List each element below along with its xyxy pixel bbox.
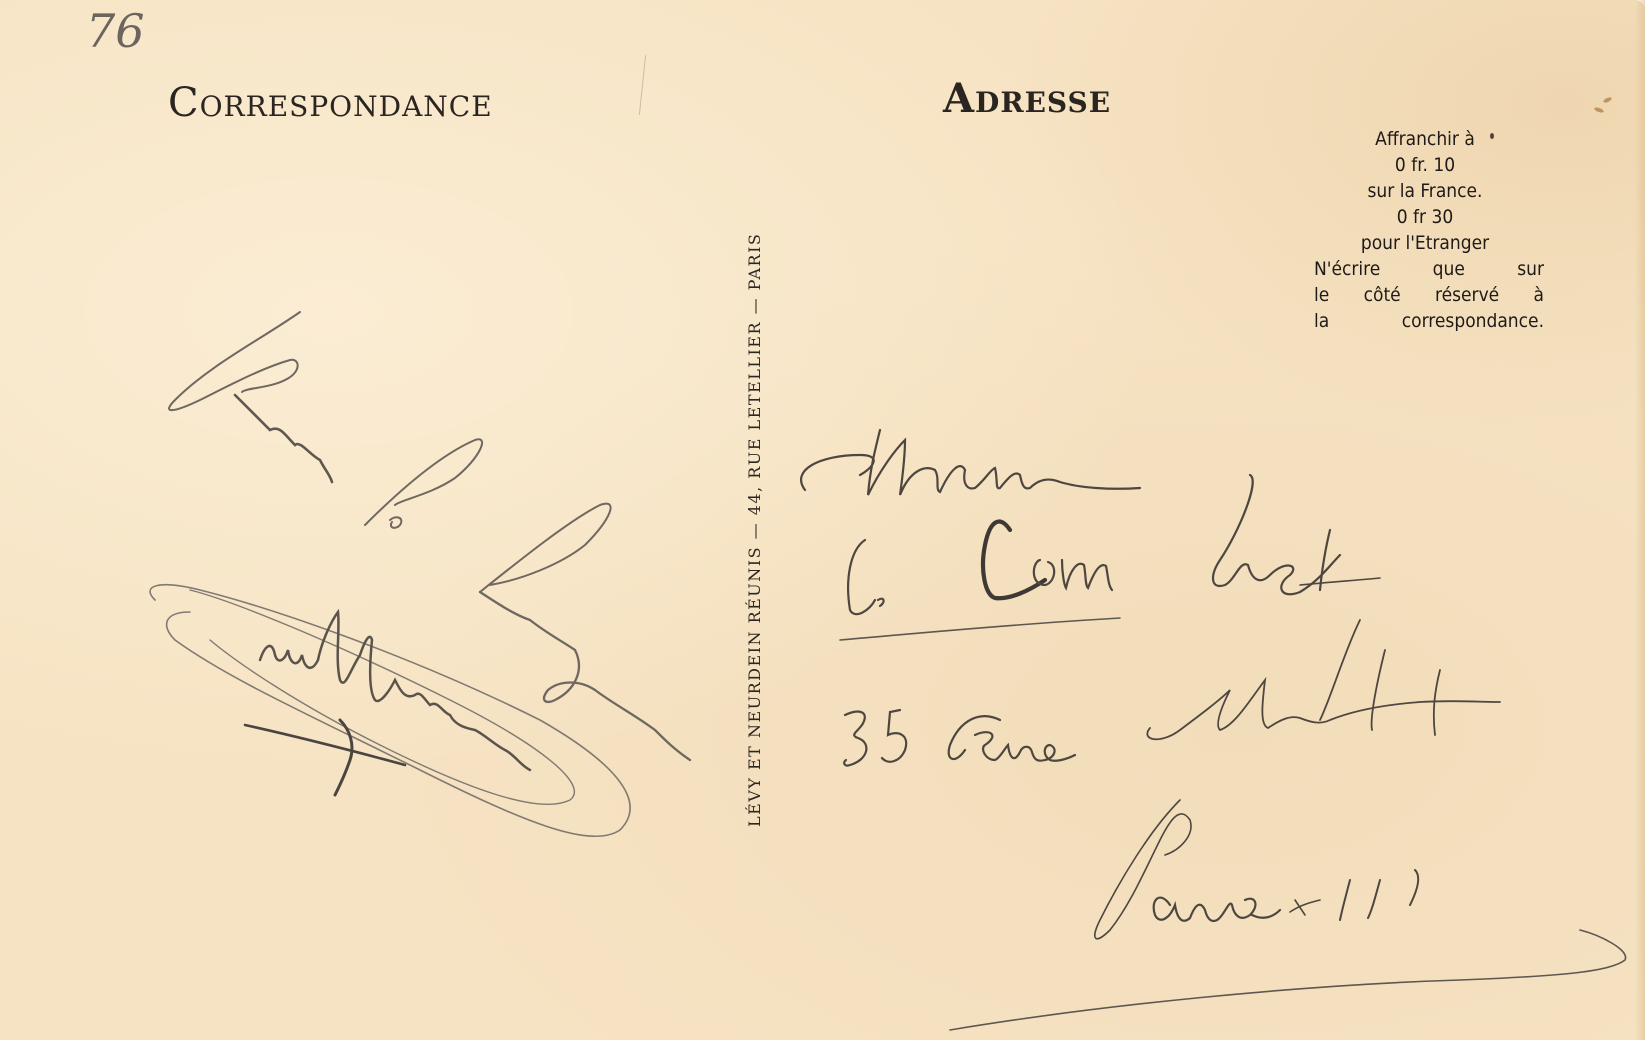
stamp-line: Affranchir à — [1300, 126, 1550, 152]
stamp-line: 0 fr 30 — [1300, 204, 1550, 230]
postcard-back: 76 Correspondance Adresse Affranchir à 0… — [0, 0, 1645, 1040]
publisher-imprint: LÉVY ET NEURDEIN RÉUNIS — 44, RUE LETELL… — [745, 170, 773, 890]
message-strokes — [150, 312, 690, 836]
correspondance-heading: Correspondance — [168, 80, 493, 126]
stamp-line: pour l'Etranger — [1300, 230, 1550, 256]
stamp-instructions: Affranchir à 0 fr. 10 sur la France. 0 f… — [1300, 126, 1550, 334]
foxing-stain — [1603, 96, 1613, 103]
stamp-line: 0 fr. 10 — [1300, 152, 1550, 178]
stamp-line: N'écrire que sur — [1300, 256, 1550, 282]
adresse-heading: Adresse — [943, 75, 1111, 122]
address-strokes — [801, 430, 1625, 1030]
pencil-tick — [639, 55, 646, 115]
handwritten-message: Bien le bonjour Mitidaud 5 — [0, 0, 1, 1]
foxing-stain — [1594, 106, 1605, 113]
handwritten-address: Madame C. Combret 35 Rue Albert Paris XI… — [0, 0, 1, 1]
stamp-line: sur la France. — [1300, 178, 1550, 204]
message-line: Bien le — [0, 0, 1, 1]
corner-pencil-note: 76 — [86, 4, 145, 58]
foxing-stain — [1490, 133, 1494, 139]
stamp-line: la correspondance. — [1300, 308, 1550, 334]
card-edge-shading — [1635, 0, 1645, 1040]
stamp-line: le côté réservé à — [1300, 282, 1550, 308]
address-salutation: Madame — [0, 0, 1, 1]
